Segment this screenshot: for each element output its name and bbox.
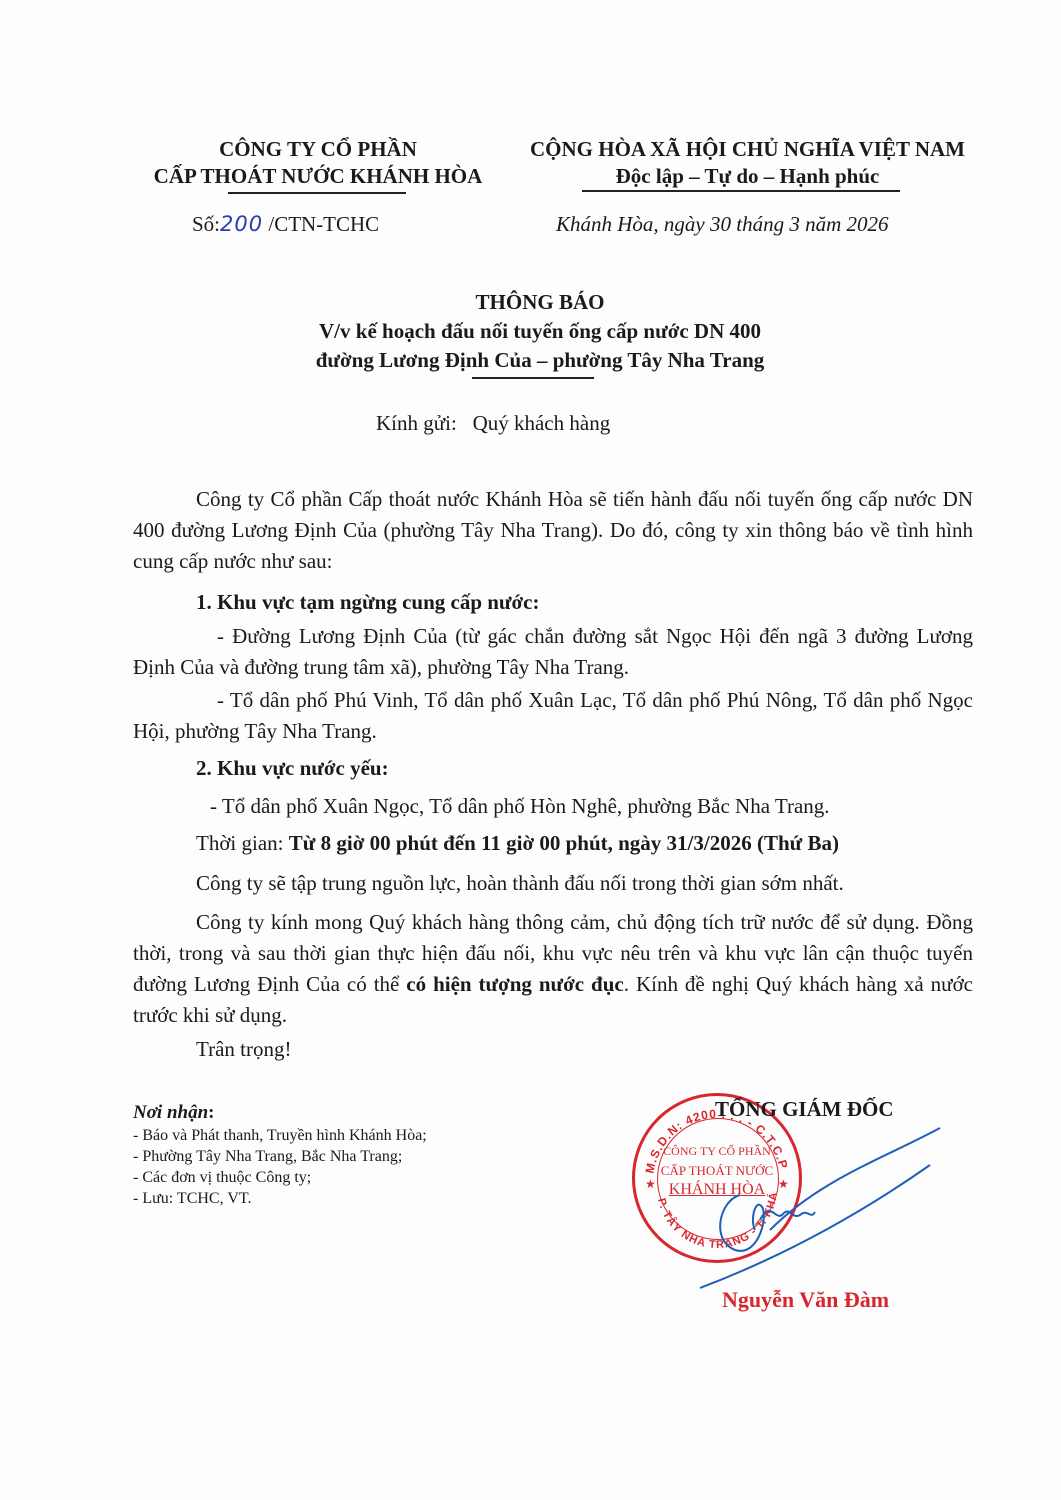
commitment-paragraph: Công ty sẽ tập trung nguồn lực, hoàn thà…	[196, 868, 976, 899]
request-text-bold: có hiện tượng nước đục	[406, 972, 623, 996]
document-number: Số:200 /CTN-TCHC	[192, 212, 379, 237]
title-underline	[472, 377, 594, 379]
signer-name: Nguyễn Văn Đàm	[722, 1287, 889, 1313]
recipients-block: Nơi nhận: - Báo và Phát thanh, Truyền hì…	[133, 1101, 427, 1209]
greeting-label: Kính gửi:	[376, 411, 457, 435]
recipients-heading-text: Nơi nhận	[133, 1102, 208, 1123]
intro-paragraph: Công ty Cổ phần Cấp thoát nước Khánh Hòa…	[133, 484, 973, 577]
recipient-item: - Lưu: TCHC, VT.	[133, 1188, 427, 1209]
section1-item-2: - Tổ dân phố Phú Vinh, Tổ dân phố Xuân L…	[133, 685, 973, 747]
section1-item-1: - Đường Lương Định Của (từ gác chắn đườn…	[133, 621, 973, 683]
document-number-handwritten: 200	[220, 212, 263, 236]
section2-item-1: - Tổ dân phố Xuân Ngọc, Tổ dân phố Hòn N…	[210, 791, 970, 822]
title-block: THÔNG BÁO V/v kế hoạch đấu nối tuyến ống…	[180, 288, 900, 375]
recipient-item: - Các đơn vị thuộc Công ty;	[133, 1167, 427, 1188]
national-motto-block: CỘNG HÒA XÃ HỘI CHỦ NGHĨA VIỆT NAM Độc l…	[500, 136, 995, 190]
time-line: Thời gian: Từ 8 giờ 00 phút đến 11 giờ 0…	[196, 828, 976, 859]
time-value: Từ 8 giờ 00 phút đến 11 giờ 00 phút, ngà…	[289, 831, 839, 855]
company-name-line2: CẤP THOÁT NƯỚC KHÁNH HÒA	[118, 163, 518, 190]
signer-title: TỔNG GIÁM ĐỐC	[715, 1097, 894, 1122]
time-label: Thời gian:	[196, 831, 289, 855]
document-number-suffix: /CTN-TCHC	[263, 212, 379, 236]
request-paragraph: Công ty kính mong Quý khách hàng thông c…	[133, 907, 973, 1031]
recipient-item: - Báo và Phát thanh, Truyền hình Khánh H…	[133, 1125, 427, 1146]
section1-heading: 1. Khu vực tạm ngừng cung cấp nước:	[196, 587, 896, 618]
greeting: Kính gửi: Quý khách hàng	[376, 411, 610, 436]
recipient-item: - Phường Tây Nha Trang, Bắc Nha Trang;	[133, 1146, 427, 1167]
place-date: Khánh Hòa, ngày 30 tháng 3 năm 2026	[556, 212, 889, 237]
motto-underline	[582, 190, 900, 192]
closing: Trân trọng!	[196, 1034, 496, 1065]
document-subject-line2: đường Lương Định Của – phường Tây Nha Tr…	[180, 346, 900, 375]
document-subject-line1: V/v kế hoạch đấu nối tuyến ống cấp nước …	[180, 317, 900, 346]
signature-icon	[700, 1120, 960, 1300]
document-number-prefix: Số:	[192, 212, 220, 236]
recipients-heading: Nơi nhận:	[133, 1101, 427, 1125]
recipients-heading-colon: :	[208, 1102, 214, 1123]
document-title: THÔNG BÁO	[180, 288, 900, 317]
section2-heading: 2. Khu vực nước yếu:	[196, 753, 896, 784]
national-motto: Độc lập – Tự do – Hạnh phúc	[500, 163, 995, 190]
national-name: CỘNG HÒA XÃ HỘI CHỦ NGHĨA VIỆT NAM	[500, 136, 995, 163]
greeting-recipient: Quý khách hàng	[473, 411, 611, 435]
company-name-block: CÔNG TY CỔ PHẦN CẤP THOÁT NƯỚC KHÁNH HÒA	[118, 136, 518, 190]
company-name-line1: CÔNG TY CỔ PHẦN	[118, 136, 518, 163]
company-underline	[228, 192, 406, 194]
